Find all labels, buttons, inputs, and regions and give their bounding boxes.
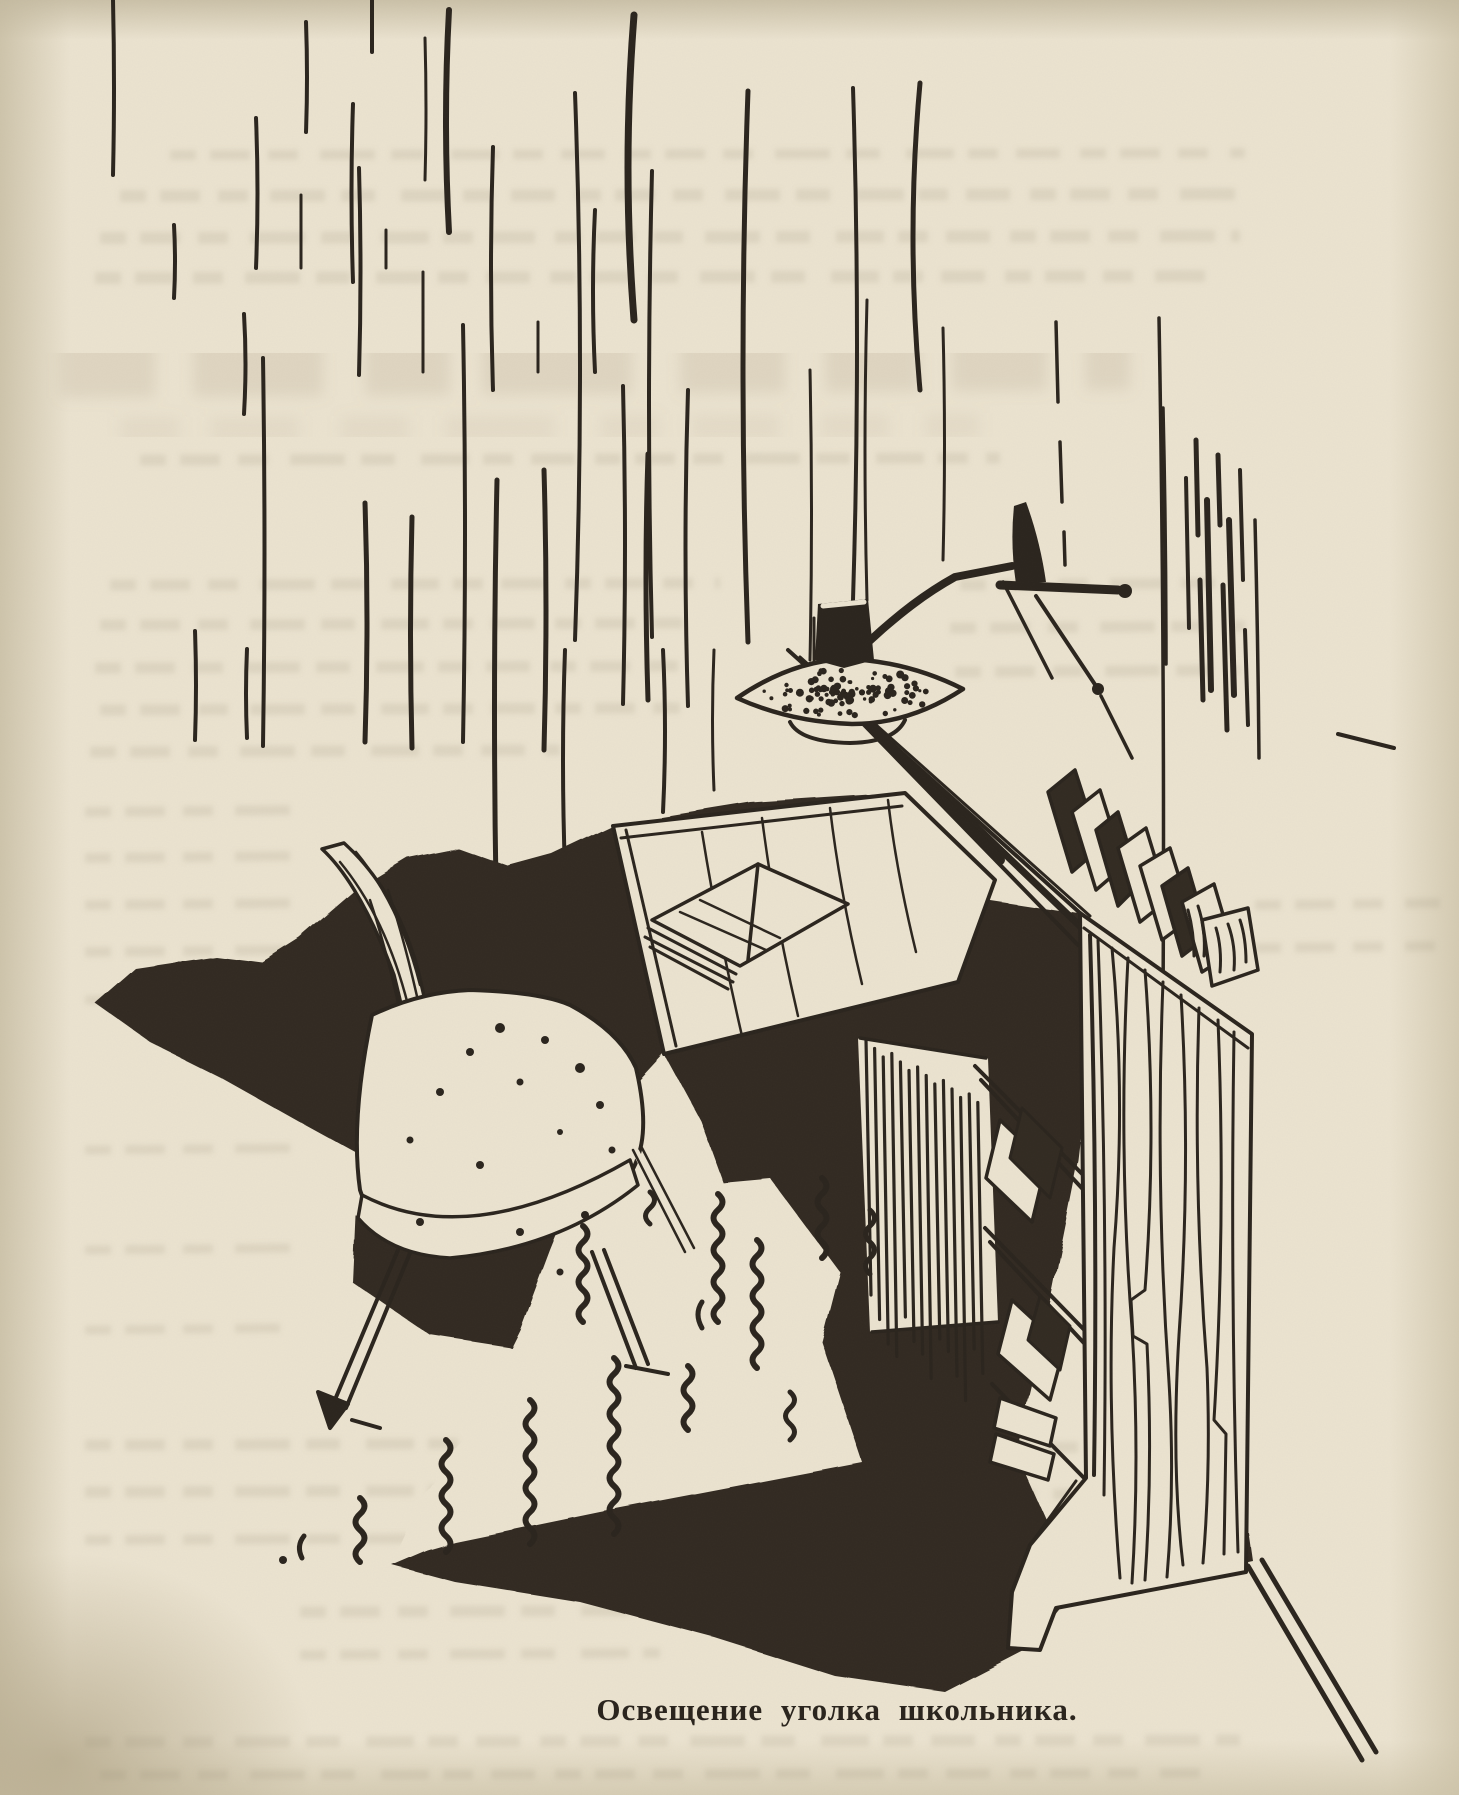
illustration-canvas (0, 0, 1459, 1795)
figure-caption: Освещение уголка школьника. (215, 1692, 1459, 1728)
scanned-page: Освещение уголка школьника. (0, 0, 1459, 1795)
paper-grain (0, 0, 1459, 1795)
